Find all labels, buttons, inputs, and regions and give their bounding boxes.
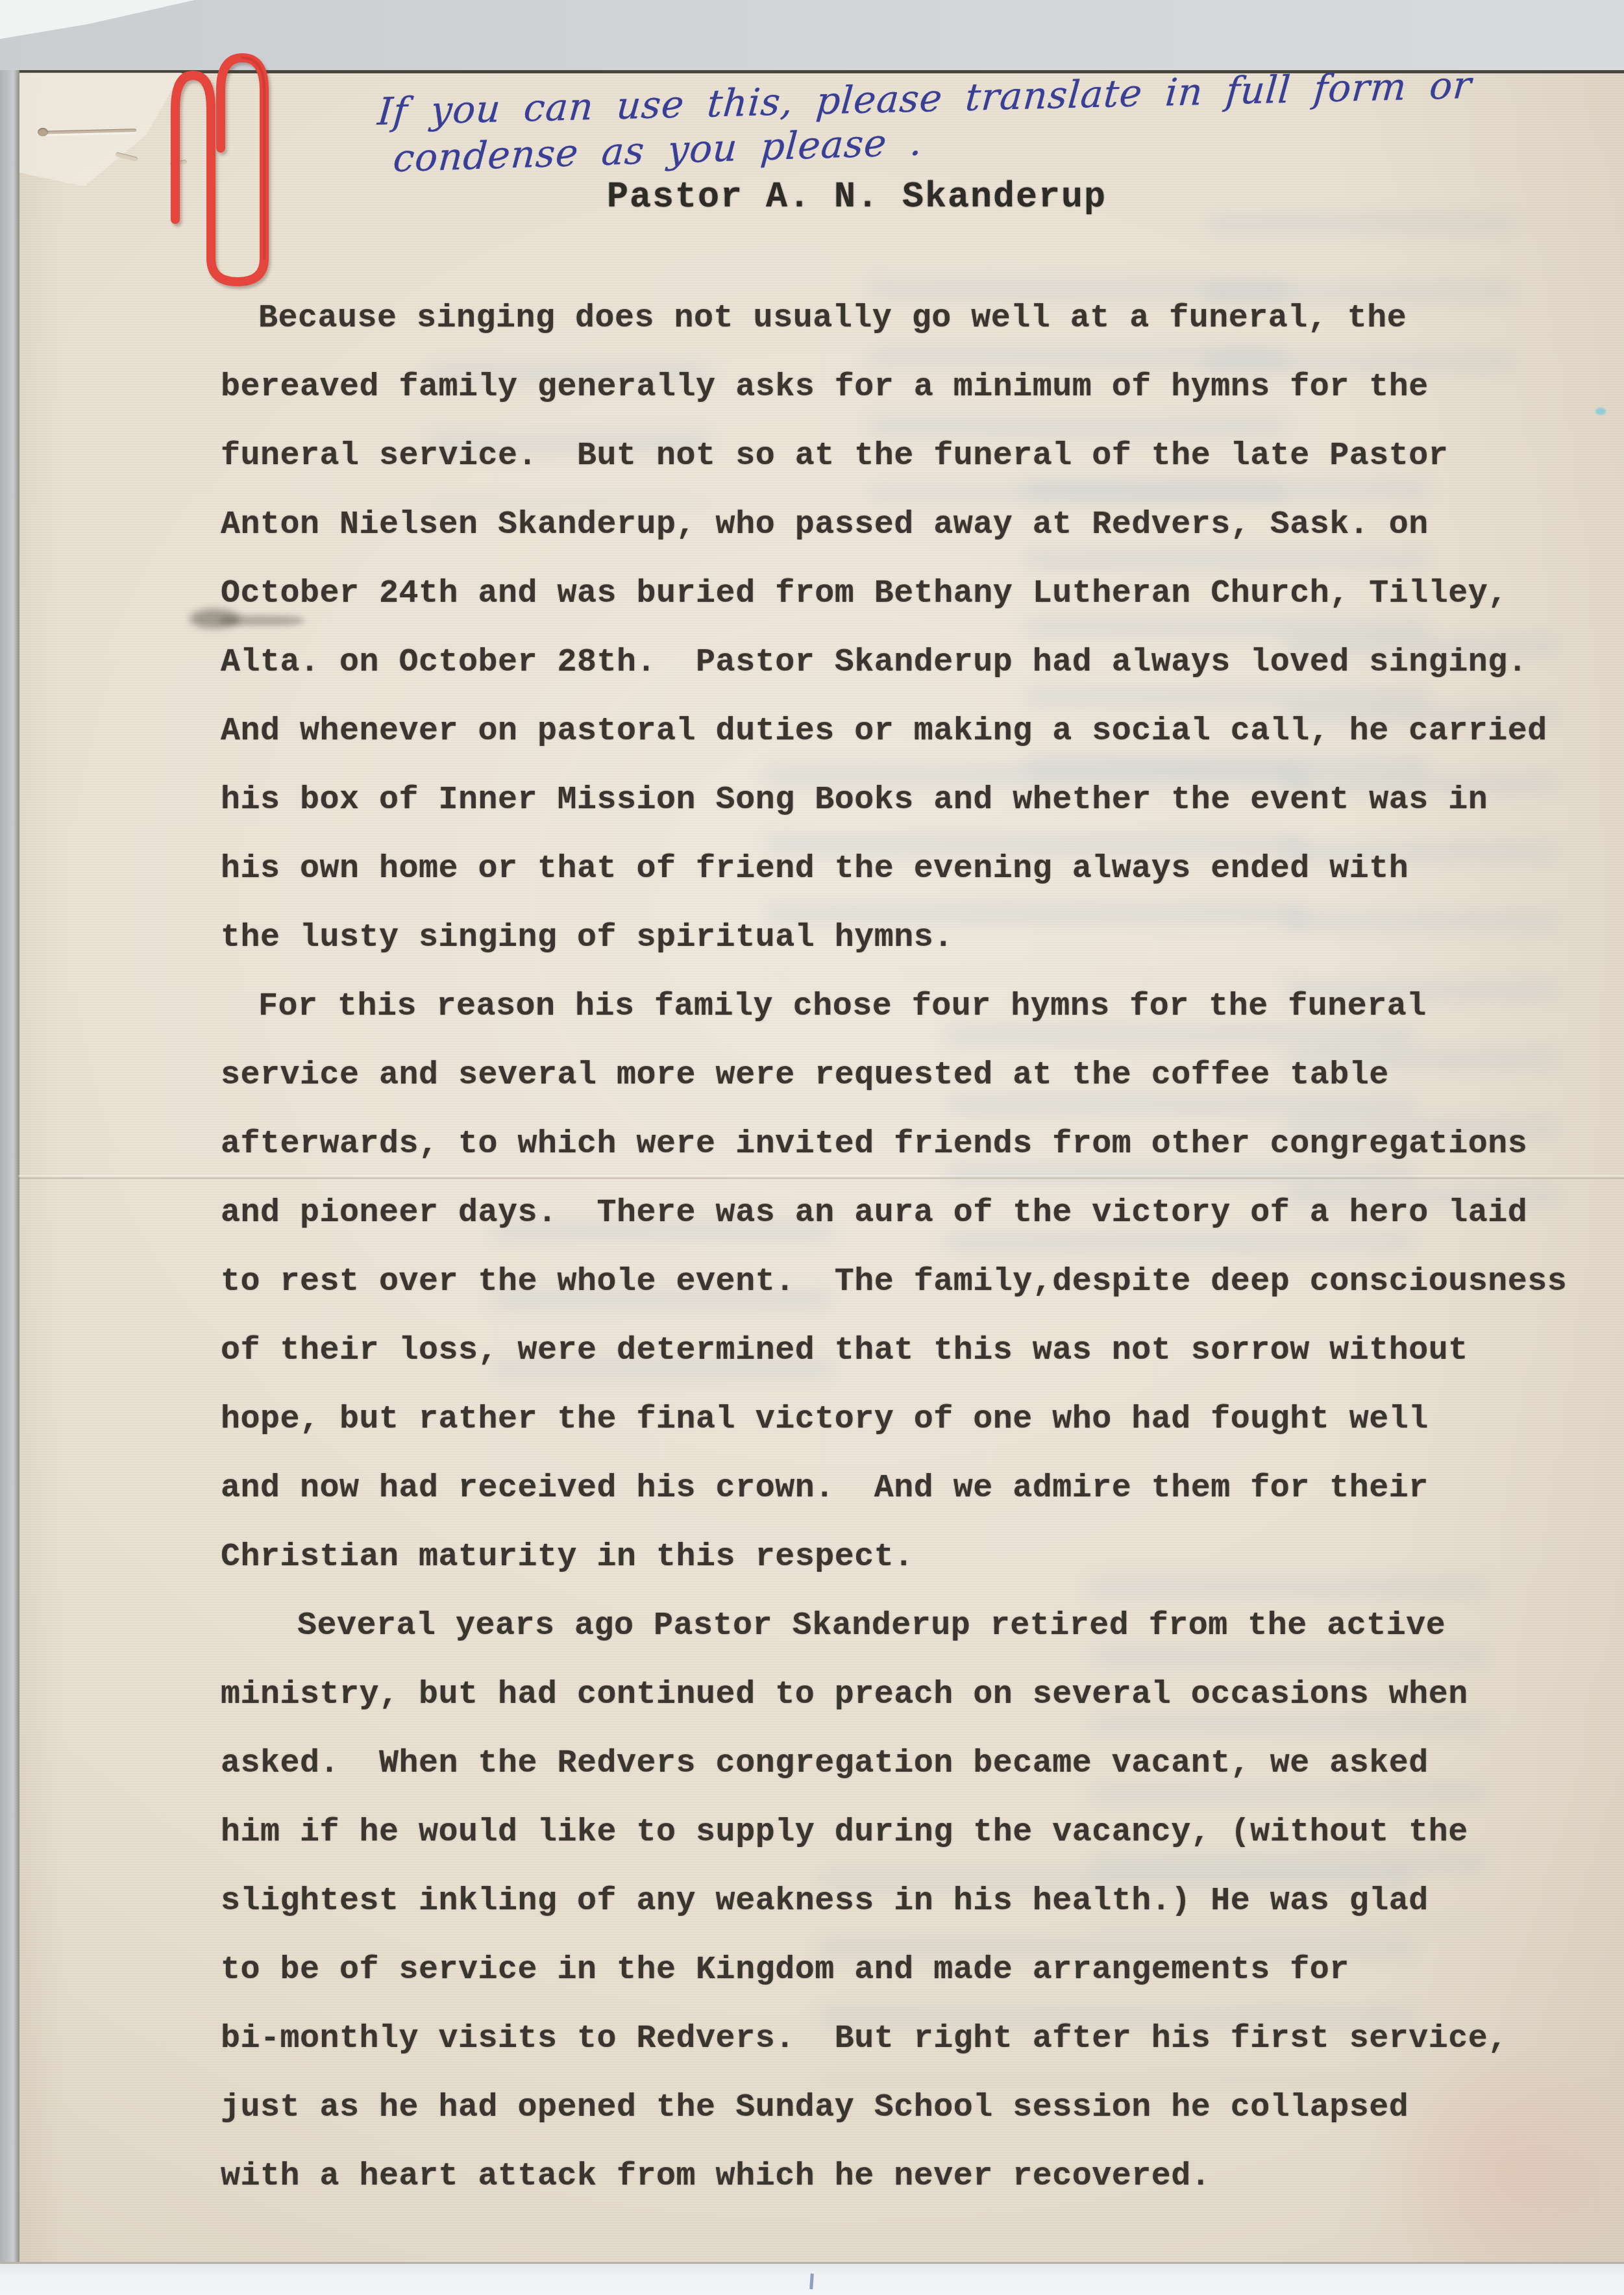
typed-line: And whenever on pastoral duties or makin… xyxy=(221,697,1624,766)
typed-line: Alta. on October 28th. Pastor Skanderup … xyxy=(221,628,1624,697)
typed-line: bereaved family generally asks for a min… xyxy=(221,353,1624,422)
typed-line: Christian maturity in this respect. xyxy=(221,1523,1624,1592)
typed-line: Because singing does not usually go well… xyxy=(221,284,1624,353)
typed-line: his own home or that of friend the eveni… xyxy=(221,835,1624,904)
typed-line: to rest over the whole event. The family… xyxy=(221,1248,1624,1317)
typed-line: and pioneer days. There was an aura of t… xyxy=(221,1179,1624,1248)
typed-line: Several years ago Pastor Skanderup retir… xyxy=(221,1592,1624,1661)
typed-line: hope, but rather the final victory of on… xyxy=(221,1385,1624,1454)
typed-line: and now had received his crown. And we a… xyxy=(221,1454,1624,1523)
typed-line: him if he would like to supply during th… xyxy=(221,1798,1624,1867)
typed-line: ministry, but had continued to preach on… xyxy=(221,1661,1624,1730)
typed-line: For this reason his family chose four hy… xyxy=(221,973,1624,1041)
typed-line: funeral service. But not so at the funer… xyxy=(221,422,1624,491)
scanned-document-page: If you can use this, please translate in… xyxy=(0,0,1624,2295)
typed-line: of their loss, were determined that this… xyxy=(221,1317,1624,1385)
document-body: Because singing does not usually go well… xyxy=(0,284,1624,2211)
typed-line: October 24th and was buried from Bethany… xyxy=(221,560,1624,628)
typed-line: to be of service in the Kingdom and made… xyxy=(221,1936,1624,2005)
typed-line: with a heart attack from which he never … xyxy=(221,2142,1624,2211)
paperclip-icon xyxy=(164,52,277,297)
typed-line: just as he had opened the Sunday School … xyxy=(221,2074,1624,2142)
typed-line: slightest inkling of any weakness in his… xyxy=(221,1867,1624,1936)
typed-line: bi-monthly visits to Redvers. But right … xyxy=(221,2005,1624,2074)
typed-line: the lusty singing of spiritual hymns. xyxy=(221,904,1624,973)
typed-line: Anton Nielsen Skanderup, who passed away… xyxy=(221,491,1624,560)
typed-line: his box of Inner Mission Song Books and … xyxy=(221,766,1624,835)
typed-line: service and several more were requested … xyxy=(221,1041,1624,1110)
typed-line: afterwards, to which were invited friend… xyxy=(221,1110,1624,1179)
paper-tear-hole xyxy=(38,128,48,136)
document-title: Pastor A. N. Skanderup xyxy=(607,177,1107,217)
typed-line: asked. When the Redvers congregation bec… xyxy=(221,1730,1624,1798)
